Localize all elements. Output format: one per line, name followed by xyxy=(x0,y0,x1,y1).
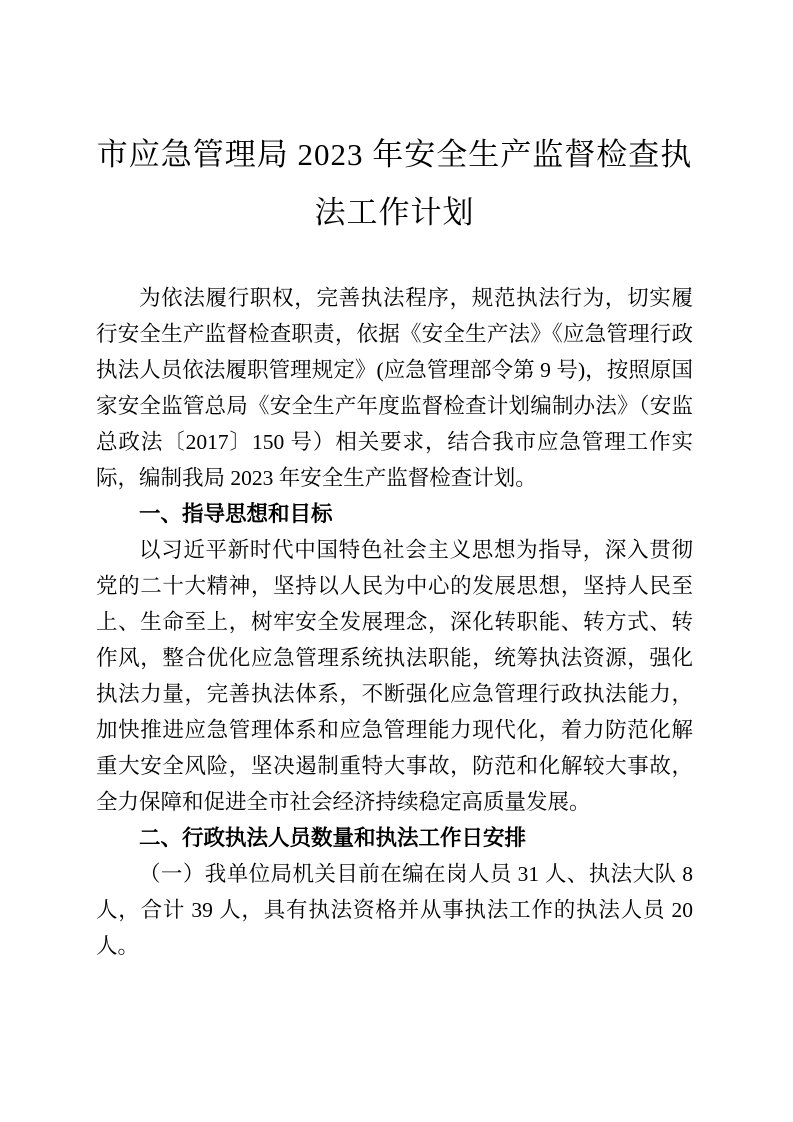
heading-section-1-guiding-ideology: 一、指导思想和目标 xyxy=(96,496,693,532)
document-title: 市应急管理局 2023 年安全生产监督检查执法工作计划 xyxy=(96,126,693,242)
heading-section-2-personnel-workdays: 二、行政执法人员数量和执法工作日安排 xyxy=(96,820,693,856)
document-body: 为依法履行职权，完善执法程序，规范执法行为，切实履行安全生产监督检查职责，依据《… xyxy=(96,280,693,964)
document-page: 市应急管理局 2023 年安全生产监督检查执法工作计划 为依法履行职权，完善执法… xyxy=(0,0,793,1122)
paragraph-personnel-counts: （一）我单位局机关目前在编在岗人员 31 人、执法大队 8 人，合计 39 人，… xyxy=(96,856,693,964)
document-content: 市应急管理局 2023 年安全生产监督检查执法工作计划 为依法履行职权，完善执法… xyxy=(0,0,793,1122)
paragraph-guiding-ideology: 以习近平新时代中国特色社会主义思想为指导，深入贯彻党的二十大精神，坚持以人民为中… xyxy=(96,532,693,820)
paragraph-preamble: 为依法履行职权，完善执法程序，规范执法行为，切实履行安全生产监督检查职责，依据《… xyxy=(96,280,693,496)
